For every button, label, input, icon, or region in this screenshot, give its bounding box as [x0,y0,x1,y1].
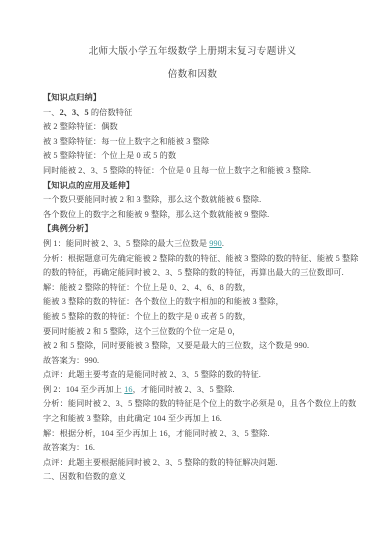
doc-line: 故答案为：16. [43,441,342,456]
doc-line: 被 3 整除特征：每一位上数字之和能被 3 整除 [43,135,342,150]
doc-line: 字之和能被 3 整除，由此确定 104 至少再加上 16. [43,412,342,427]
doc-line: 的数的特征，再确定能同时被 2、3、5 整除的数的特征，再算出最大的三位数即可. [43,266,342,281]
text-run: 的倍数特征 [89,108,133,117]
answer-text: 990 [209,239,222,248]
doc-line: 被 2 整除特征：偶数 [43,120,342,135]
section-heading-knowledge-points: 【知识点归纳】 [43,91,342,106]
doc-line: 同时能被 2、3、5 整除的特征：个位是 0 且每一位上数字之和能被 3 整除. [43,164,342,179]
section-heading-examples: 【典例分析】 [43,222,342,237]
doc-line: 分析：能同时被 2、3、5 整除的数的特征是个位上的数字必须是 0，且各个数位上… [43,397,342,412]
doc-line: 各个数位上的数字之和能被 9 整除，那么这个数就能被 9 整除. [43,208,342,223]
doc-line-example-1: 例 1：能同时被 2、3、5 整除的最大三位数是 990. [43,237,342,252]
doc-line-topic-1: 一、2、3、5 的倍数特征 [43,106,342,121]
doc-line: 被 5 整除特征：个位上是 0 或 5 的数 [43,149,342,164]
doc-line-example-2: 例 2：104 至少再加上 16，才能同时被 2、3、5 整除. [43,383,342,398]
section-heading-application: 【知识点的应用及延伸】 [43,179,342,194]
doc-line: 故答案为：990. [43,354,342,369]
text-run: 例 2：104 至少再加上 [43,385,124,394]
text-run: . [222,239,224,248]
doc-line: 能被 5 整除的数的特征：个位上的数字是 0 或者 5 的数， [43,310,342,325]
answer-text: 16 [124,385,132,394]
doc-line: 一个数只要能同时被 2 和 3 整除，那么这个数就能被 6 整除. [43,193,342,208]
doc-line: 解：根据分析，104 至少再加上 16，才能同时被 2、3、5 整除. [43,427,342,442]
doc-line: 解：能被 2 整除的特征：个位上是 0、2、4、6、8 的数， [43,281,342,296]
document-page: 北师大版小学五年级数学上册期末复习专题讲义 倍数和因数 【知识点归纳】 一、2、… [0,0,382,540]
bold-text: 2、3、5 [60,108,89,117]
doc-line: 被 2 和 5 整除，同时要能被 3 整除，又要是最大的三位数，这个数是 990… [43,339,342,354]
doc-line: 要同时能被 2 和 5 整除，这个三位数的个位一定是 0， [43,325,342,340]
section-heading-factors-multiples: 二、因数和倍数的意义 [43,470,342,485]
doc-line: 能被 3 整除的数的特征：各个数位上的数字相加的和能被 3 整除， [43,295,342,310]
doc-line: 分析：根据题意可先确定能被 2 整除的数的特征、能被 3 整除的数的特征、能被 … [43,252,342,267]
text-run: 一、 [43,108,60,117]
doc-line: 点评：此题主要根据能同时被 2、3、5 整除的数的特征解决问题. [43,456,342,471]
document-title: 北师大版小学五年级数学上册期末复习专题讲义 [43,46,342,58]
document-subtitle: 倍数和因数 [43,69,342,81]
text-run: ，才能同时被 2、3、5 整除. [133,385,235,394]
text-run: 例 1：能同时被 2、3、5 整除的最大三位数是 [43,239,209,248]
doc-line: 点评：此题主要考查的是能同时被 2、3、5 整除的数的特征. [43,368,342,383]
